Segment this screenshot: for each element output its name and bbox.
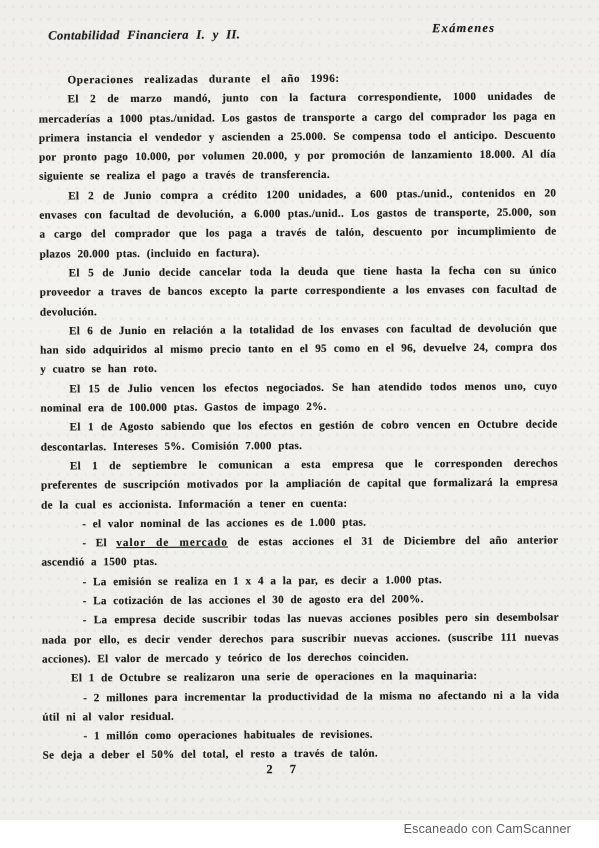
bullet-2-millones: - 2 millones para incrementar la product…: [42, 686, 559, 728]
camscanner-bar: Escaneado con CamScanner: [0, 820, 599, 848]
bullet-market-value: - El valor de mercado de estas acciones …: [41, 532, 558, 574]
camscanner-watermark: Escaneado con CamScanner: [404, 822, 571, 836]
scan-content: Contabilidad Financiera I. y II. Exámene…: [0, 0, 599, 53]
page-number: 2 7: [5, 760, 565, 778]
header-course-title: Contabilidad Financiera I. y II.: [48, 27, 240, 43]
bullet-subscribe: - La empresa decide suscribir todas las …: [42, 609, 559, 670]
paragraph-june-2: El 2 de Junio compra a crédito 1200 unid…: [39, 184, 556, 264]
paragraph-september-1: El 1 de septiembre le comunican a esta e…: [41, 454, 558, 515]
paragraph-june-6: El 6 de Junio en relación a la totalidad…: [40, 319, 557, 380]
paragraph-march-2: El 2 de marzo mandó, junto con la factur…: [39, 88, 557, 188]
paragraph-august-1: El 1 de Agosto sabiendo que los efectos …: [41, 416, 558, 458]
screenshot-root: Contabilidad Financiera I. y II. Exámene…: [0, 0, 599, 848]
bullet-market-value-underlined: valor de mercado: [116, 537, 228, 550]
bullet-market-value-prefix: - El: [82, 537, 116, 549]
scanned-page: Contabilidad Financiera I. y II. Exámene…: [0, 0, 599, 820]
header-section-title: Exámenes: [432, 21, 495, 36]
document-header: Contabilidad Financiera I. y II. Exámene…: [0, 0, 599, 53]
document-body: Operaciones realizadas durante el año 19…: [38, 68, 559, 766]
paragraph-june-5: El 5 de Junio decide cancelar toda la de…: [40, 261, 557, 322]
paragraph-july-15: El 15 de Julio vencen los efectos negoci…: [40, 377, 557, 419]
